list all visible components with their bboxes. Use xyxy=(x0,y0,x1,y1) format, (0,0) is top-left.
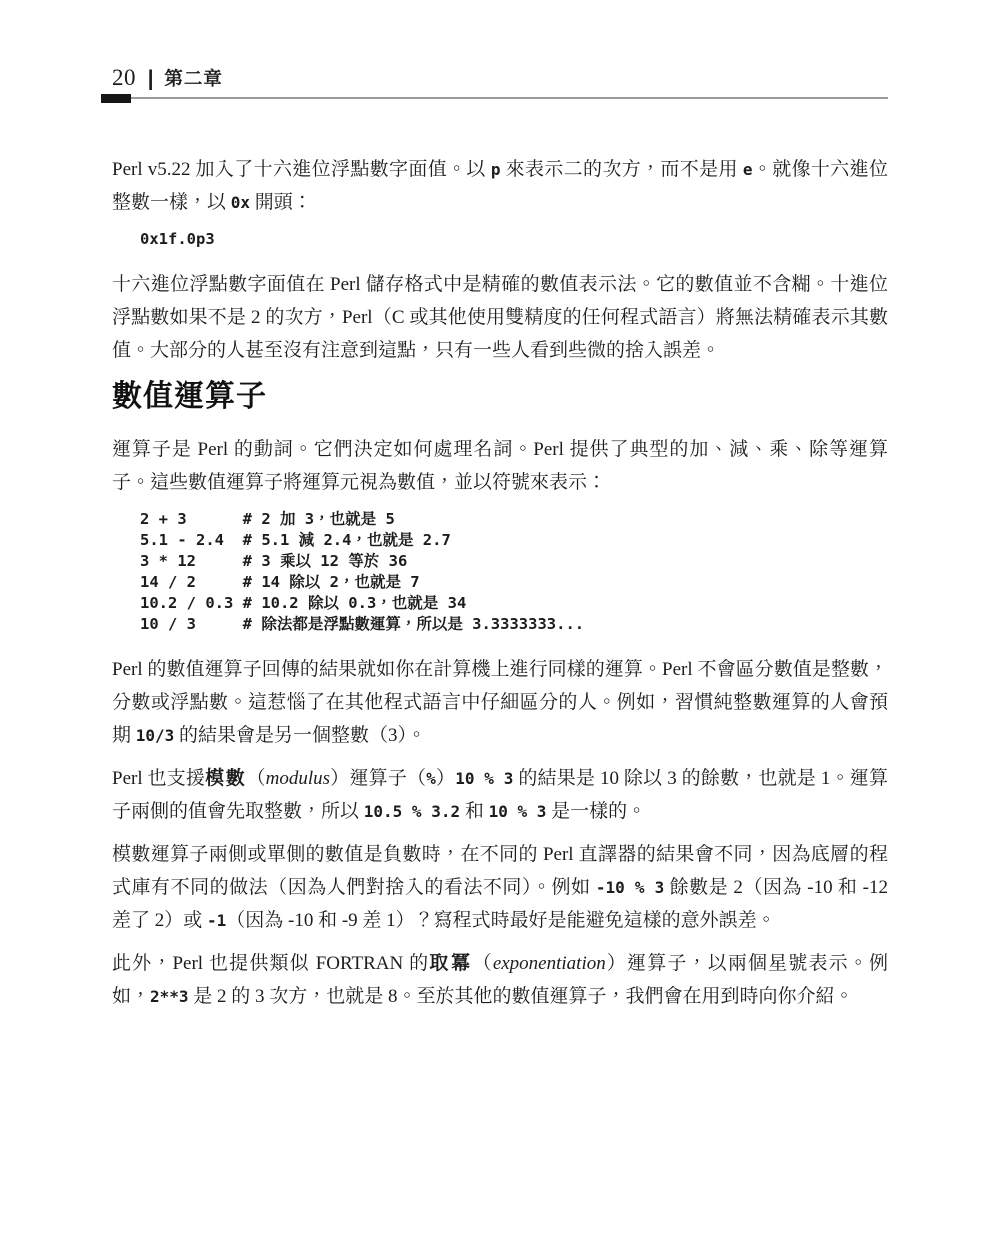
paragraph-division-results: Perl 的數值運算子回傳的結果就如你在計算機上進行同樣的運算。Perl 不會區… xyxy=(112,653,888,752)
text-run: 的結果會是另一個整數（3）。 xyxy=(174,725,426,746)
text-run: ） xyxy=(436,768,455,789)
text-run: 是 2 的 3 次方，也就是 8。至於其他的數值運算子，我們會在用到時向你介紹。 xyxy=(189,986,854,1007)
code-block-hexfloat-example: 0x1f.0p3 xyxy=(140,229,888,250)
paragraph-hexfloat-intro: Perl v5.22 加入了十六進位浮點數字面值。以 p 來表示二的次方，而不是… xyxy=(112,153,888,219)
text-run-mono: 0x xyxy=(231,193,250,212)
paragraph-exponentiation-operator: 此外，Perl 也提供類似 FORTRAN 的取冪（exponentiation… xyxy=(112,947,888,1013)
code-block-arithmetic-examples: 2 + 3 # 2 加 3，也就是 5 5.1 - 2.4 # 5.1 減 2.… xyxy=(140,509,888,635)
header-separator-bar: | xyxy=(146,66,155,90)
text-run-em: 模數 xyxy=(205,768,246,789)
text-run-mono: -1 xyxy=(207,911,226,930)
text-run: （ xyxy=(473,953,493,974)
text-run: 和 xyxy=(460,801,489,822)
paragraph-hexfloat-precision: 十六進位浮點數字面值在 Perl 儲存格式中是精確的數值表示法。它的數值並不含糊… xyxy=(112,268,888,367)
text-run: （ xyxy=(246,768,265,789)
text-run-mono: 10/3 xyxy=(136,726,175,745)
text-run: 開頭： xyxy=(250,192,312,213)
text-run-mono: e xyxy=(743,160,753,179)
section-heading-numeric-operators: 數值運算子 xyxy=(112,377,888,417)
text-run: （因為 -10 和 -9 差 1）？寫程式時最好是能避免這樣的意外誤差。 xyxy=(226,910,775,931)
text-run-em: 取冪 xyxy=(429,953,472,974)
paragraph-negative-modulus: 模數運算子兩側或單側的數值是負數時，在不同的 Perl 直譯器的結果會不同，因為… xyxy=(112,838,888,937)
page-body: Perl v5.22 加入了十六進位浮點數字面值。以 p 來表示二的次方，而不是… xyxy=(112,99,888,1013)
text-run: Perl v5.22 加入了十六進位浮點數字面值。以 xyxy=(112,159,491,180)
text-run: 來表示二的次方，而不是用 xyxy=(501,159,743,180)
text-run: 是一樣的。 xyxy=(546,801,646,822)
book-page: 20 | 第二章 Perl v5.22 加入了十六進位浮點數字面值。以 p 來表… xyxy=(0,0,1000,1243)
text-run: 運算子是 Perl 的動詞。它們決定如何處理名詞。Perl 提供了典型的加、減、… xyxy=(112,439,888,493)
text-run-mono: 10 % 3 xyxy=(455,769,513,788)
text-run-mono: 2**3 xyxy=(150,987,189,1006)
text-run-mono: -10 % 3 xyxy=(596,878,664,897)
page-header-row: 20 | 第二章 xyxy=(112,66,888,91)
text-run: 此外，Perl 也提供類似 FORTRAN 的 xyxy=(112,953,429,974)
text-run-mono: p xyxy=(491,160,501,179)
text-run: ）運算子（ xyxy=(330,768,426,789)
bleed-tab xyxy=(101,94,131,103)
text-run: 十六進位浮點數字面值在 Perl 儲存格式中是精確的數值表示法。它的數值並不含糊… xyxy=(112,274,888,361)
text-run-mono: % xyxy=(426,769,436,788)
page-number: 20 xyxy=(112,66,136,90)
text-run-italic: modulus xyxy=(266,768,330,789)
text-run-mono: 10.5 % 3.2 xyxy=(364,802,460,821)
paragraph-operators-intro: 運算子是 Perl 的動詞。它們決定如何處理名詞。Perl 提供了典型的加、減、… xyxy=(112,433,888,499)
page-header: 20 | 第二章 xyxy=(112,66,888,99)
text-run-italic: exponentiation xyxy=(493,953,606,974)
chapter-title: 第二章 xyxy=(164,67,223,91)
paragraph-modulus-operator: Perl 也支援模數（modulus）運算子（%）10 % 3 的結果是 10 … xyxy=(112,762,888,828)
text-run-mono: 10 % 3 xyxy=(489,802,547,821)
text-run: Perl 也支援 xyxy=(112,768,205,789)
